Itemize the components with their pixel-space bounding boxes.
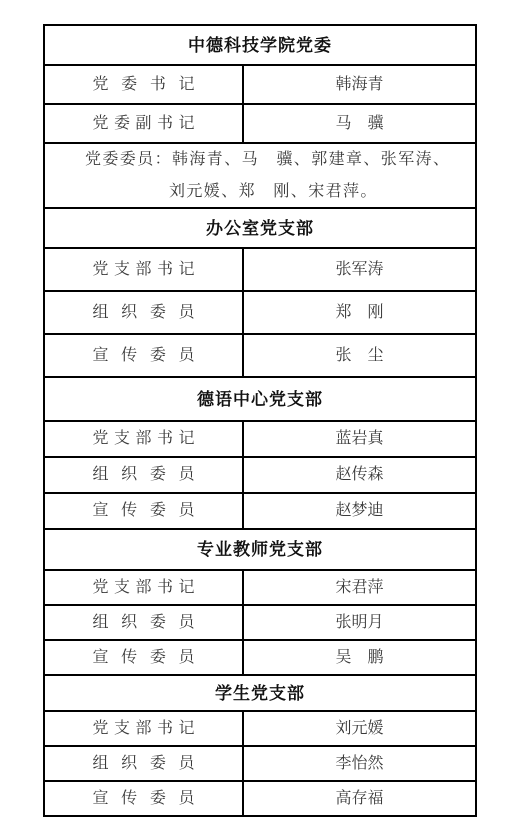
name-cell: 赵梦迪	[244, 494, 475, 528]
role-label: 党委书记	[93, 77, 195, 93]
role-cell: 党支部书记	[45, 712, 244, 745]
role-cell: 宣传委员	[45, 641, 244, 674]
table-row: 党支部书记蓝岩真	[45, 420, 475, 456]
member-name: 宋君萍	[335, 580, 383, 596]
role-cell: 组织委员	[45, 747, 244, 780]
table-row: 组织委员郑 刚	[45, 290, 475, 333]
table-row: 宣传委员张 尘	[45, 333, 475, 376]
role-cell: 组织委员	[45, 292, 244, 333]
member-name: 郑 刚	[335, 305, 383, 321]
table-row: 党委书记韩海青	[45, 64, 475, 103]
section-title: 办公室党支部	[45, 209, 475, 247]
section-title-row: 德语中心党支部	[45, 376, 475, 420]
member-name: 刘元媛	[335, 721, 383, 737]
table-row: 党支部书记刘元媛	[45, 710, 475, 745]
name-cell: 刘元媛	[244, 712, 475, 745]
section-title: 学生党支部	[45, 676, 475, 710]
table-row: 组织委员张明月	[45, 604, 475, 639]
role-cell: 党委书记	[45, 66, 244, 103]
role-label: 组织委员	[93, 756, 195, 772]
table-row: 宣传委员赵梦迪	[45, 492, 475, 528]
name-cell: 韩海青	[244, 66, 475, 103]
section-title: 专业教师党支部	[45, 530, 475, 569]
member-name: 赵传森	[335, 467, 383, 483]
role-label: 党支部书记	[93, 721, 195, 737]
name-cell: 吴 鹏	[244, 641, 475, 674]
section-title-row: 专业教师党支部	[45, 528, 475, 569]
table-row: 组织委员李怡然	[45, 745, 475, 780]
section-title-row: 办公室党支部	[45, 207, 475, 247]
role-cell: 宣传委员	[45, 494, 244, 528]
role-label: 组织委员	[93, 467, 195, 483]
table-row: 宣传委员高存福	[45, 780, 475, 815]
member-name: 韩海青	[335, 77, 383, 93]
name-cell: 宋君萍	[244, 571, 475, 604]
name-cell: 郑 刚	[244, 292, 475, 333]
section-title: 中德科技学院党委	[45, 26, 475, 64]
member-name: 吴 鹏	[335, 650, 383, 666]
member-name: 蓝岩真	[335, 431, 383, 447]
committee-members-cell: 党委委员：韩海青、马 骥、郭建章、张军涛、刘元媛、郑 刚、宋君萍。	[45, 144, 475, 207]
role-label: 宣传委员	[93, 650, 195, 666]
member-name: 马 骥	[335, 116, 383, 132]
name-cell: 高存福	[244, 782, 475, 815]
section-title-row: 学生党支部	[45, 674, 475, 710]
role-label: 党支部书记	[93, 262, 195, 278]
name-cell: 李怡然	[244, 747, 475, 780]
member-name: 高存福	[335, 791, 383, 807]
role-label: 党支部书记	[93, 431, 195, 447]
role-cell: 宣传委员	[45, 782, 244, 815]
role-cell: 党支部书记	[45, 422, 244, 456]
table-row: 党委副书记马 骥	[45, 103, 475, 142]
name-cell: 张军涛	[244, 249, 475, 290]
table-row: 宣传委员吴 鹏	[45, 639, 475, 674]
table-row: 党支部书记张军涛	[45, 247, 475, 290]
table-row: 组织委员赵传森	[45, 456, 475, 492]
document-page: 中德科技学院党委党委书记韩海青党委副书记马 骥党委委员：韩海青、马 骥、郭建章、…	[0, 0, 519, 839]
section-title: 德语中心党支部	[45, 378, 475, 420]
member-name: 张军涛	[335, 262, 383, 278]
name-cell: 蓝岩真	[244, 422, 475, 456]
committee-members-line: 党委委员：韩海青、马 骥、郭建章、张军涛、	[85, 144, 450, 176]
role-label: 党支部书记	[93, 580, 195, 596]
role-label: 宣传委员	[93, 791, 195, 807]
role-label: 宣传委员	[93, 348, 195, 364]
role-label: 党委副书记	[93, 116, 195, 132]
member-name: 赵梦迪	[335, 503, 383, 519]
role-cell: 党支部书记	[45, 571, 244, 604]
role-label: 宣传委员	[93, 503, 195, 519]
member-name: 张 尘	[335, 348, 383, 364]
member-name: 李怡然	[335, 756, 383, 772]
role-cell: 组织委员	[45, 606, 244, 639]
role-cell: 党支部书记	[45, 249, 244, 290]
name-cell: 马 骥	[244, 105, 475, 142]
role-cell: 党委副书记	[45, 105, 244, 142]
committee-members-row: 党委委员：韩海青、马 骥、郭建章、张军涛、刘元媛、郑 刚、宋君萍。	[45, 142, 475, 207]
name-cell: 张明月	[244, 606, 475, 639]
member-name: 张明月	[335, 615, 383, 631]
name-cell: 赵传森	[244, 458, 475, 492]
role-cell: 宣传委员	[45, 335, 244, 376]
name-cell: 张 尘	[244, 335, 475, 376]
role-cell: 组织委员	[45, 458, 244, 492]
section-title-row: 中德科技学院党委	[45, 26, 475, 64]
role-label: 组织委员	[93, 615, 195, 631]
table-row: 党支部书记宋君萍	[45, 569, 475, 604]
org-table: 中德科技学院党委党委书记韩海青党委副书记马 骥党委委员：韩海青、马 骥、郭建章、…	[43, 24, 477, 817]
role-label: 组织委员	[93, 305, 195, 321]
committee-members-line: 刘元媛、郑 刚、宋君萍。	[85, 176, 378, 208]
